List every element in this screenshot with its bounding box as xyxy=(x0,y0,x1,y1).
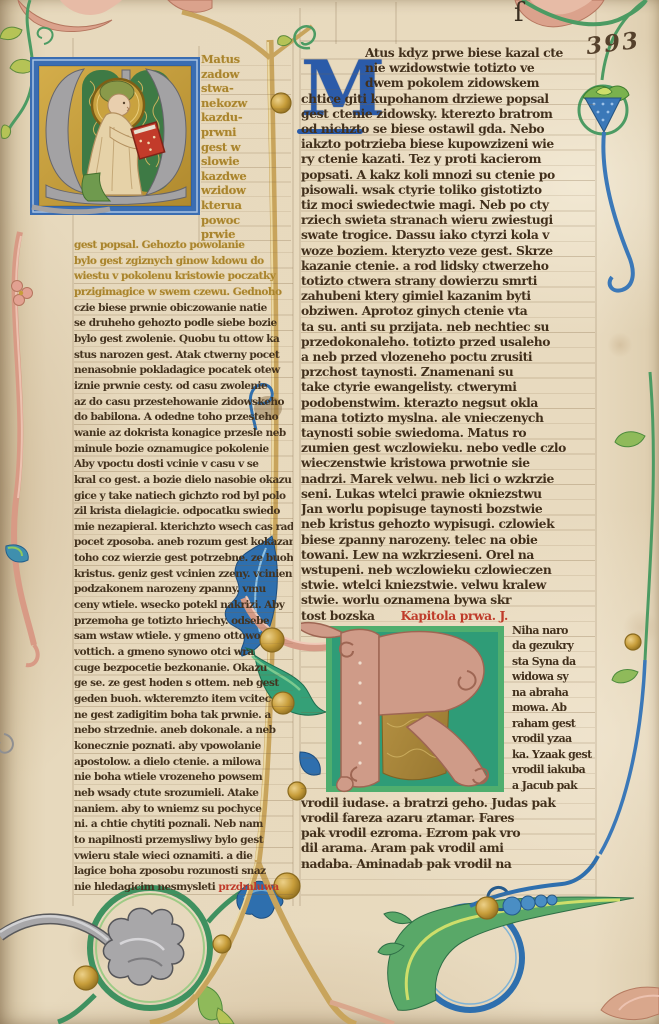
text-line: se druheho gehozto podle siebe bozie xyxy=(74,316,293,332)
right-bottom-lines: vrodil iudase. a bratrzi geho. Judas pak… xyxy=(301,795,595,871)
text-line: towani. Lew na wzkrzieseni. Orel na xyxy=(301,547,595,562)
text-line: gice y take natiech gichzto rod byl polo xyxy=(74,489,293,505)
text-line: mie nezapieral. kterichzto wsech cas rad xyxy=(74,520,293,536)
right-text-column: Atus kdyz prwe biese kazal ctenie wzidow… xyxy=(301,45,595,903)
text-line: woze boziem. kteryzto veze gest. Skrze xyxy=(301,243,595,258)
gold-text-line: prwni xyxy=(201,125,291,140)
text-line: wieczenstwie kristowa prwotnie sie xyxy=(301,455,595,470)
text-line: apostolow. a dielo ctenie. a milowa xyxy=(74,755,293,771)
left-text-column: gest popsal. Gehozto powolaniebylo gest … xyxy=(74,238,293,902)
text-line: podzakonem narozeny zpanny. vmu xyxy=(74,582,293,598)
text-line: nadrzi. Marek velwu. neb lici o wzkrzie xyxy=(301,471,595,486)
text-line: widowa sy xyxy=(512,669,594,685)
gold-text-line: stwa- xyxy=(201,81,291,96)
text-line: gest ctenie zidowsky. kterezto bratrom xyxy=(301,106,595,121)
text-line: sam wstaw wtiele. y gmeno ottowo xyxy=(74,629,293,645)
text-line: pak vrodil ezroma. Ezrom pak vro xyxy=(301,825,595,840)
text-line: ge se. ze gest hoden s ottem. neb gest xyxy=(74,676,293,692)
gold-text-line: wzidow xyxy=(201,183,291,198)
text-line: do babilona. A odedne toho przesteho xyxy=(74,410,293,426)
text-line: a neb przed vlozeneho poctu zrusiti xyxy=(301,349,595,364)
gold-text-line: nekozw xyxy=(201,96,291,111)
text-line: kral co gest. a bozie dielo nasobie okaz… xyxy=(74,473,293,489)
text-line: vottich. a gmeno synowo otci wra xyxy=(74,645,293,661)
historiated-initial-miniature xyxy=(30,57,200,215)
ornate-initial-row: Niha naroda gezukrysta Syna dawidowa syn… xyxy=(301,623,595,795)
gold-text-line: slowie xyxy=(201,154,291,169)
text-line: da gezukry xyxy=(512,638,594,654)
text-line: popsati. A kakz koli mnozi su ctenie po xyxy=(301,167,595,182)
text-line: podobenstwim. kterazto negsut okla xyxy=(301,395,595,410)
text-line: nie wzidowstwie totizto ve xyxy=(365,60,595,75)
gold-text-column: Matuszadowstwa-nekozwkazdu-prwnigest wsl… xyxy=(201,52,291,244)
gold-text-line: kazdu- xyxy=(201,110,291,125)
text-line: totizto ctwera strany dowierzu smrti xyxy=(301,273,595,288)
text-line: naniem. aby to wniemz su pochyce xyxy=(74,802,293,818)
text-line: ni. a chtie chytiti poznali. Neb nam xyxy=(74,817,293,833)
text-line: neb kristus gehozto wypisugi. czlowiek xyxy=(301,516,595,531)
text-line: iakzto potrzieba biese kupowzizeni wie xyxy=(301,136,595,151)
text-line: take ctyrie ewangelisty. ctwerymi xyxy=(301,379,595,394)
text-line: konecznie poznati. aby vpowolanie xyxy=(74,739,293,755)
text-line: czie biese prwnie obiczowanie natie xyxy=(74,301,293,317)
text-line: Jan worlu popisuge taynosti bozstwie xyxy=(301,501,595,516)
text-line: az do casu przestehowanie zidowskeho xyxy=(74,395,293,411)
left-ribbon xyxy=(0,232,38,753)
text-line: nebo strzednie. aneb dokonale. a neb xyxy=(74,723,293,739)
text-line: przemoha ge totizto hriechy. odsebe xyxy=(74,614,293,630)
text-line: obziwen. Aprotoz ginych ctenie vta xyxy=(301,303,595,318)
text-line: nie boha wtiele vrozeneho powsem xyxy=(74,770,293,786)
text-line: swate trogice. Dassu iako ctyrzi kola v xyxy=(301,227,595,242)
text-line: biese zpanny narozeny. telec na obie xyxy=(301,532,595,547)
text-line: a Jacub pak xyxy=(512,778,594,794)
text-line: neb wsady ctute srozumieli. Atake xyxy=(74,786,293,802)
chapter-rubric-line: tost bozska Kapitola prwa. J. xyxy=(301,608,595,623)
text-line: od nichzto se biese ostawil gda. Nebo xyxy=(301,121,595,136)
text-line: ne gest zadigitim boha tak prwnie. a xyxy=(74,708,293,724)
gold-text-line: zadow xyxy=(201,67,291,82)
initial-side-lines: Niha naroda gezukrysta Syna dawidowa syn… xyxy=(512,623,594,795)
text-line: sta Syna da xyxy=(512,654,594,670)
chapter-rubric: Kapitola prwa. J. xyxy=(401,608,508,623)
text-line: stus narozen gest. Atak ctwerny pocet xyxy=(74,348,293,364)
text-line: na abraha xyxy=(512,685,594,701)
text-line: ry ctenie kazati. Tez y proti kacierom xyxy=(301,151,595,166)
text-line: zumien gest wczlowieku. nebo vedle czlo xyxy=(301,440,595,455)
manuscript-page: 393 ſ xyxy=(0,0,659,1024)
gold-text-line: gest w xyxy=(201,140,291,155)
rubric-word: przdmluwa xyxy=(218,881,278,893)
text-line: kazanie ctenie. a rod lidsky ctwerzeho xyxy=(301,258,595,273)
gold-text-line: bylo gest zgiznych ginow kdowu do xyxy=(74,254,293,270)
evangelist-miniature-icon xyxy=(30,57,200,215)
text-line: pisowali. wsak ctyrie toliko gistotizto xyxy=(301,182,595,197)
ornate-initial-block xyxy=(327,623,505,795)
text-line: dil arama. Aram pak vrodil ami xyxy=(301,840,595,855)
text-line: cuge bezpocetie bezkonanie. Okazu xyxy=(74,661,293,677)
text-line: przedokonaleho. totizto przed usaleho xyxy=(301,334,595,349)
left-gold-lines: gest popsal. Gehozto powolaniebylo gest … xyxy=(74,238,293,301)
text-line: zahubeni ktery gimiel kazanim byti xyxy=(301,288,595,303)
gold-text-line: przigimagice w swem czewu. Gednoho xyxy=(74,285,293,301)
text-line: ceny wtiele. wsecko potekl nakrizi. Aby xyxy=(74,598,293,614)
gold-text-line: Matus xyxy=(201,52,291,67)
text-line: toho coz wierzie gest potrzebne. ze buoh… xyxy=(74,551,293,567)
text-line: bylo gest zwolenie. Quobu tu ottow ka xyxy=(74,332,293,348)
text-line: dwem pokolem zidowskem xyxy=(365,75,595,90)
text-line: stwie. worlu oznamena bywa skr xyxy=(301,592,595,607)
text-line: ta su. anti su przijata. neb nechtiec su xyxy=(301,319,595,334)
text-line: zil krista dielagicie. odpocatku swiedo xyxy=(74,504,293,520)
text-line: Niha naro xyxy=(512,623,594,639)
text-line: geden buoh. wkteremzto item vcitec xyxy=(74,692,293,708)
text-line: vwieru stale wieci oznamiti. a die xyxy=(74,849,293,865)
text-line: to napilnosti przemysliwy bylo gest xyxy=(74,833,293,849)
text-line: minule bozie oznamugice pokolenie xyxy=(74,442,293,458)
text-segment: tost bozska xyxy=(301,608,375,623)
top-margin-mark: ſ xyxy=(514,0,524,26)
text-line: seni. Lukas wtelci prawie okniezstwu xyxy=(301,486,595,501)
text-line: vrodil yzaa xyxy=(512,731,594,747)
text-line: lagice boha zposobu rozunosti snaz xyxy=(74,864,293,880)
text-line: vrodil iakuba xyxy=(512,762,594,778)
text-segment: nie hledagicim nesmysleti xyxy=(74,881,215,893)
text-line: chtice giti kupohanom drziewe popsal xyxy=(301,91,595,106)
text-line: iznie prwnie cesty. od casu zwolenie xyxy=(74,379,293,395)
text-line: raham gest xyxy=(512,716,594,732)
text-line: pocet zposoba. aneb rozum gest kokazani xyxy=(74,535,293,551)
gold-text-line: gest popsal. Gehozto powolanie xyxy=(74,238,293,254)
text-line: vrodil fareza azaru ztamar. Fares xyxy=(301,810,595,825)
text-line: rziech swieta stranach wieru zwiestugi xyxy=(301,212,595,227)
text-line: taynosti sobie swiedoma. Matus ro xyxy=(301,425,595,440)
text-line-with-rubric: nie hledagicim nesmysleti przdmluwa xyxy=(74,880,293,896)
text-line: nadaba. Aminadab pak vrodil na xyxy=(301,856,595,871)
text-line: stwie. wtelci kniezstwie. velwu kralew xyxy=(301,577,595,592)
text-line: vrodil iudase. a bratrzi geho. Judas pak xyxy=(301,795,595,810)
text-line: wanie az dokrista konagice przesle neb xyxy=(74,426,293,442)
gold-text-line: kterua xyxy=(201,198,291,213)
text-line: mana totizto myslna. ale vnieczenych xyxy=(301,410,595,425)
right-ink-lines: Atus kdyz prwe biese kazal ctenie wzidow… xyxy=(301,45,595,608)
text-line: Aby vpoctu dosti vcinie v casu v se xyxy=(74,457,293,473)
gold-text-line: powoc xyxy=(201,213,291,228)
text-line: nenasobnie pokladagice pocatek otew xyxy=(74,363,293,379)
ornate-initial-icon xyxy=(327,623,505,795)
gold-text-line: kazdwe xyxy=(201,169,291,184)
left-ink-lines: czie biese prwnie obiczowanie natiese dr… xyxy=(74,301,293,880)
text-line: wstupeni. neb wczlowieku czlowieczen xyxy=(301,562,595,577)
text-line: tiz moci swiedectwie magi. Neb po cty xyxy=(301,197,595,212)
gold-text-line: wiestu v pokolenu kristowie poczatky xyxy=(74,269,293,285)
text-line: ka. Yzaak gest xyxy=(512,747,594,763)
text-line: mowa. Ab xyxy=(512,700,594,716)
text-line: przchost taynosti. Znamenani su xyxy=(301,364,595,379)
text-line: Atus kdyz prwe biese kazal cte xyxy=(365,45,595,60)
text-line: kristus. geniz gest vcinien zzeny. vcini… xyxy=(74,567,293,583)
